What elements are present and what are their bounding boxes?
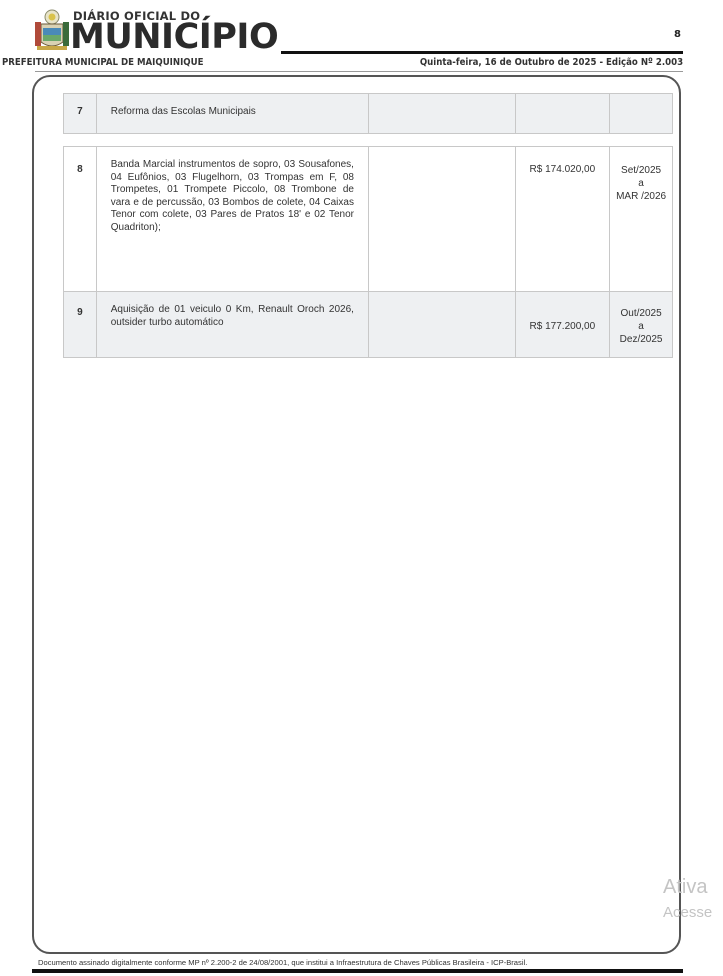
item-number: 9 bbox=[64, 292, 97, 358]
brand-title-main: MUNICÍPIO bbox=[70, 17, 278, 57]
item-description: Reforma das Escolas Municipais bbox=[96, 94, 368, 134]
item-blank-cell bbox=[368, 292, 515, 358]
item-value: R$ 177.200,00 bbox=[515, 292, 610, 358]
item-number: 7 bbox=[64, 94, 97, 134]
item-description: Banda Marcial instrumentos de sopro, 03 … bbox=[96, 147, 368, 292]
item-description: Aquisição de 01 veiculo 0 Km, Renault Or… bbox=[96, 292, 368, 358]
header-divider bbox=[35, 71, 683, 72]
item-period: Out/2025 a Dez/2025 bbox=[610, 292, 673, 358]
table-row: 9 Aquisição de 01 veiculo 0 Km, Renault … bbox=[64, 292, 673, 358]
header-rule bbox=[281, 51, 683, 54]
item-value bbox=[515, 94, 610, 134]
item-period: Set/2025 a MAR /2026 bbox=[610, 147, 673, 292]
item-blank-cell bbox=[368, 94, 515, 134]
page-number: 8 bbox=[674, 29, 681, 40]
item-period bbox=[610, 94, 673, 134]
item-number: 8 bbox=[64, 147, 97, 292]
item-value: R$ 174.020,00 bbox=[515, 147, 610, 292]
table-row: 8 Banda Marcial instrumentos de sopro, 0… bbox=[64, 147, 673, 292]
prefecture-name: PREFEITURA MUNICIPAL DE MAIQUINIQUE bbox=[2, 57, 203, 68]
digital-signature-notice: Documento assinado digitalmente conforme… bbox=[38, 958, 527, 967]
table-spacer bbox=[64, 134, 673, 147]
activation-watermark-title: Ativa bbox=[663, 876, 707, 899]
footer-rule bbox=[32, 969, 683, 973]
item-blank-cell bbox=[368, 147, 515, 292]
activation-watermark-subtitle: Acesse bbox=[663, 904, 712, 921]
coat-of-arms-icon bbox=[33, 8, 71, 52]
items-table: 7 Reforma das Escolas Municipais 8 Banda… bbox=[63, 93, 673, 358]
edition-date: Quinta-feira, 16 de Outubro de 2025 - Ed… bbox=[420, 57, 683, 68]
table-row: 7 Reforma das Escolas Municipais bbox=[64, 94, 673, 134]
